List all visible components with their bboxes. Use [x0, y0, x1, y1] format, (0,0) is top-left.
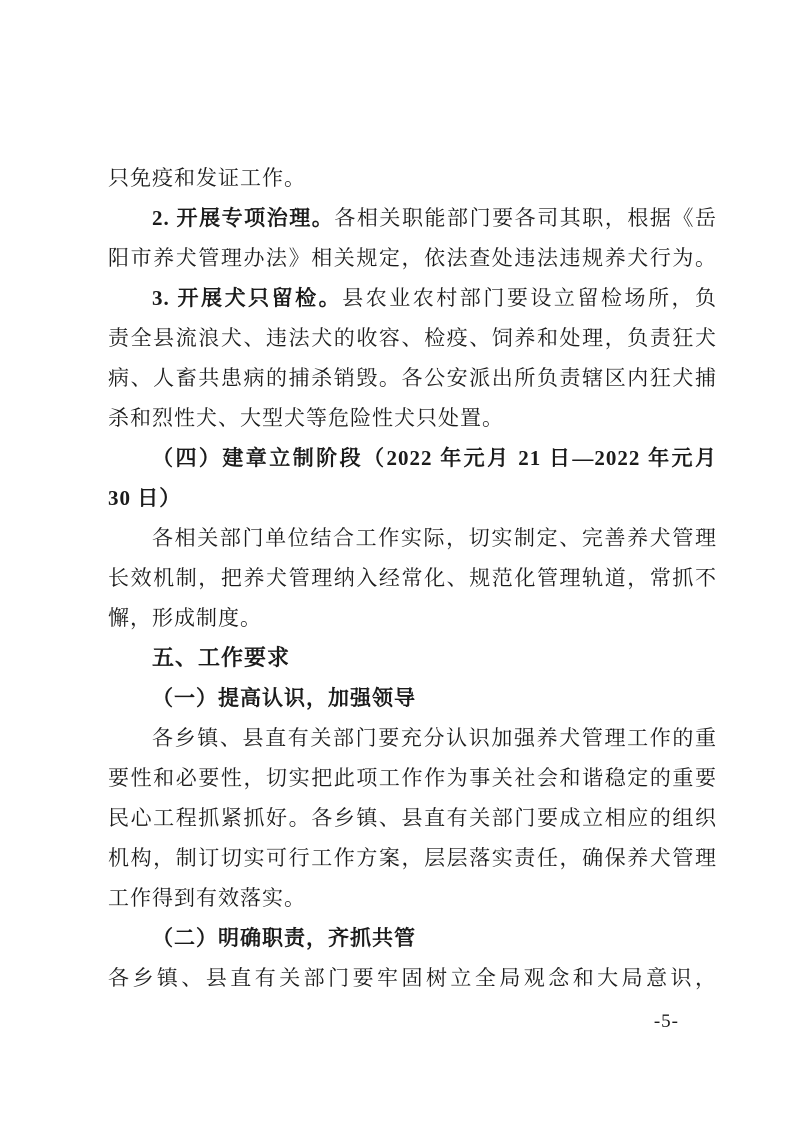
paragraph-line: 各乡镇、县直有关部门要牢固树立全局观念和大局意识， [108, 958, 717, 998]
paragraph-line: 只免疫和发证工作。 [108, 158, 717, 198]
paragraph-line: 2. 开展专项治理。各相关职能部门要各司其职，根据《岳 [108, 198, 717, 238]
paragraph-line: 民心工程抓紧抓好。各乡镇、县直有关部门要成立相应的组织 [108, 798, 717, 838]
document-page: 只免疫和发证工作。 2. 开展专项治理。各相关职能部门要各司其职，根据《岳 阳市… [0, 0, 793, 1122]
section-heading: 30 日） [108, 478, 717, 518]
section-heading: （一）提高认识，加强领导 [108, 678, 717, 718]
paragraph-line: 长效机制，把养犬管理纳入经常化、规范化管理轨道，常抓不 [108, 558, 717, 598]
list-item-label: 2. 开展专项治理。 [152, 206, 334, 230]
list-item-label: 3. 开展犬只留检。 [152, 286, 342, 310]
chapter-heading: 五、工作要求 [108, 638, 717, 678]
paragraph-line: 各相关部门单位结合工作实际，切实制定、完善养犬管理 [108, 518, 717, 558]
page-number: -5- [654, 1008, 679, 1036]
paragraph-line: 3. 开展犬只留检。县农业农村部门要设立留检场所，负 [108, 278, 717, 318]
paragraph-line: 工作得到有效落实。 [108, 878, 717, 918]
paragraph-line: 责全县流浪犬、违法犬的收容、检疫、饲养和处理，负责狂犬 [108, 318, 717, 358]
paragraph-text: 各相关职能部门要各司其职，根据《岳 [334, 206, 717, 230]
document-body: 只免疫和发证工作。 2. 开展专项治理。各相关职能部门要各司其职，根据《岳 阳市… [108, 158, 717, 998]
paragraph-line: 各乡镇、县直有关部门要充分认识加强养犬管理工作的重 [108, 718, 717, 758]
paragraph-line: 阳市养犬管理办法》相关规定，依法查处违法违规养犬行为。 [108, 238, 717, 278]
paragraph-text: 县农业农村部门要设立留检场所，负 [342, 286, 717, 310]
paragraph-line: 杀和烈性犬、大型犬等危险性犬只处置。 [108, 398, 717, 438]
section-heading: （二）明确职责，齐抓共管 [108, 918, 717, 958]
paragraph-line: 懈，形成制度。 [108, 598, 717, 638]
paragraph-line: 病、人畜共患病的捕杀销毁。各公安派出所负责辖区内狂犬捕 [108, 358, 717, 398]
paragraph-line: 要性和必要性，切实把此项工作作为事关社会和谐稳定的重要 [108, 758, 717, 798]
section-heading: （四）建章立制阶段（2022 年元月 21 日—2022 年元月 [108, 438, 717, 478]
paragraph-line: 机构，制订切实可行工作方案，层层落实责任，确保养犬管理 [108, 838, 717, 878]
